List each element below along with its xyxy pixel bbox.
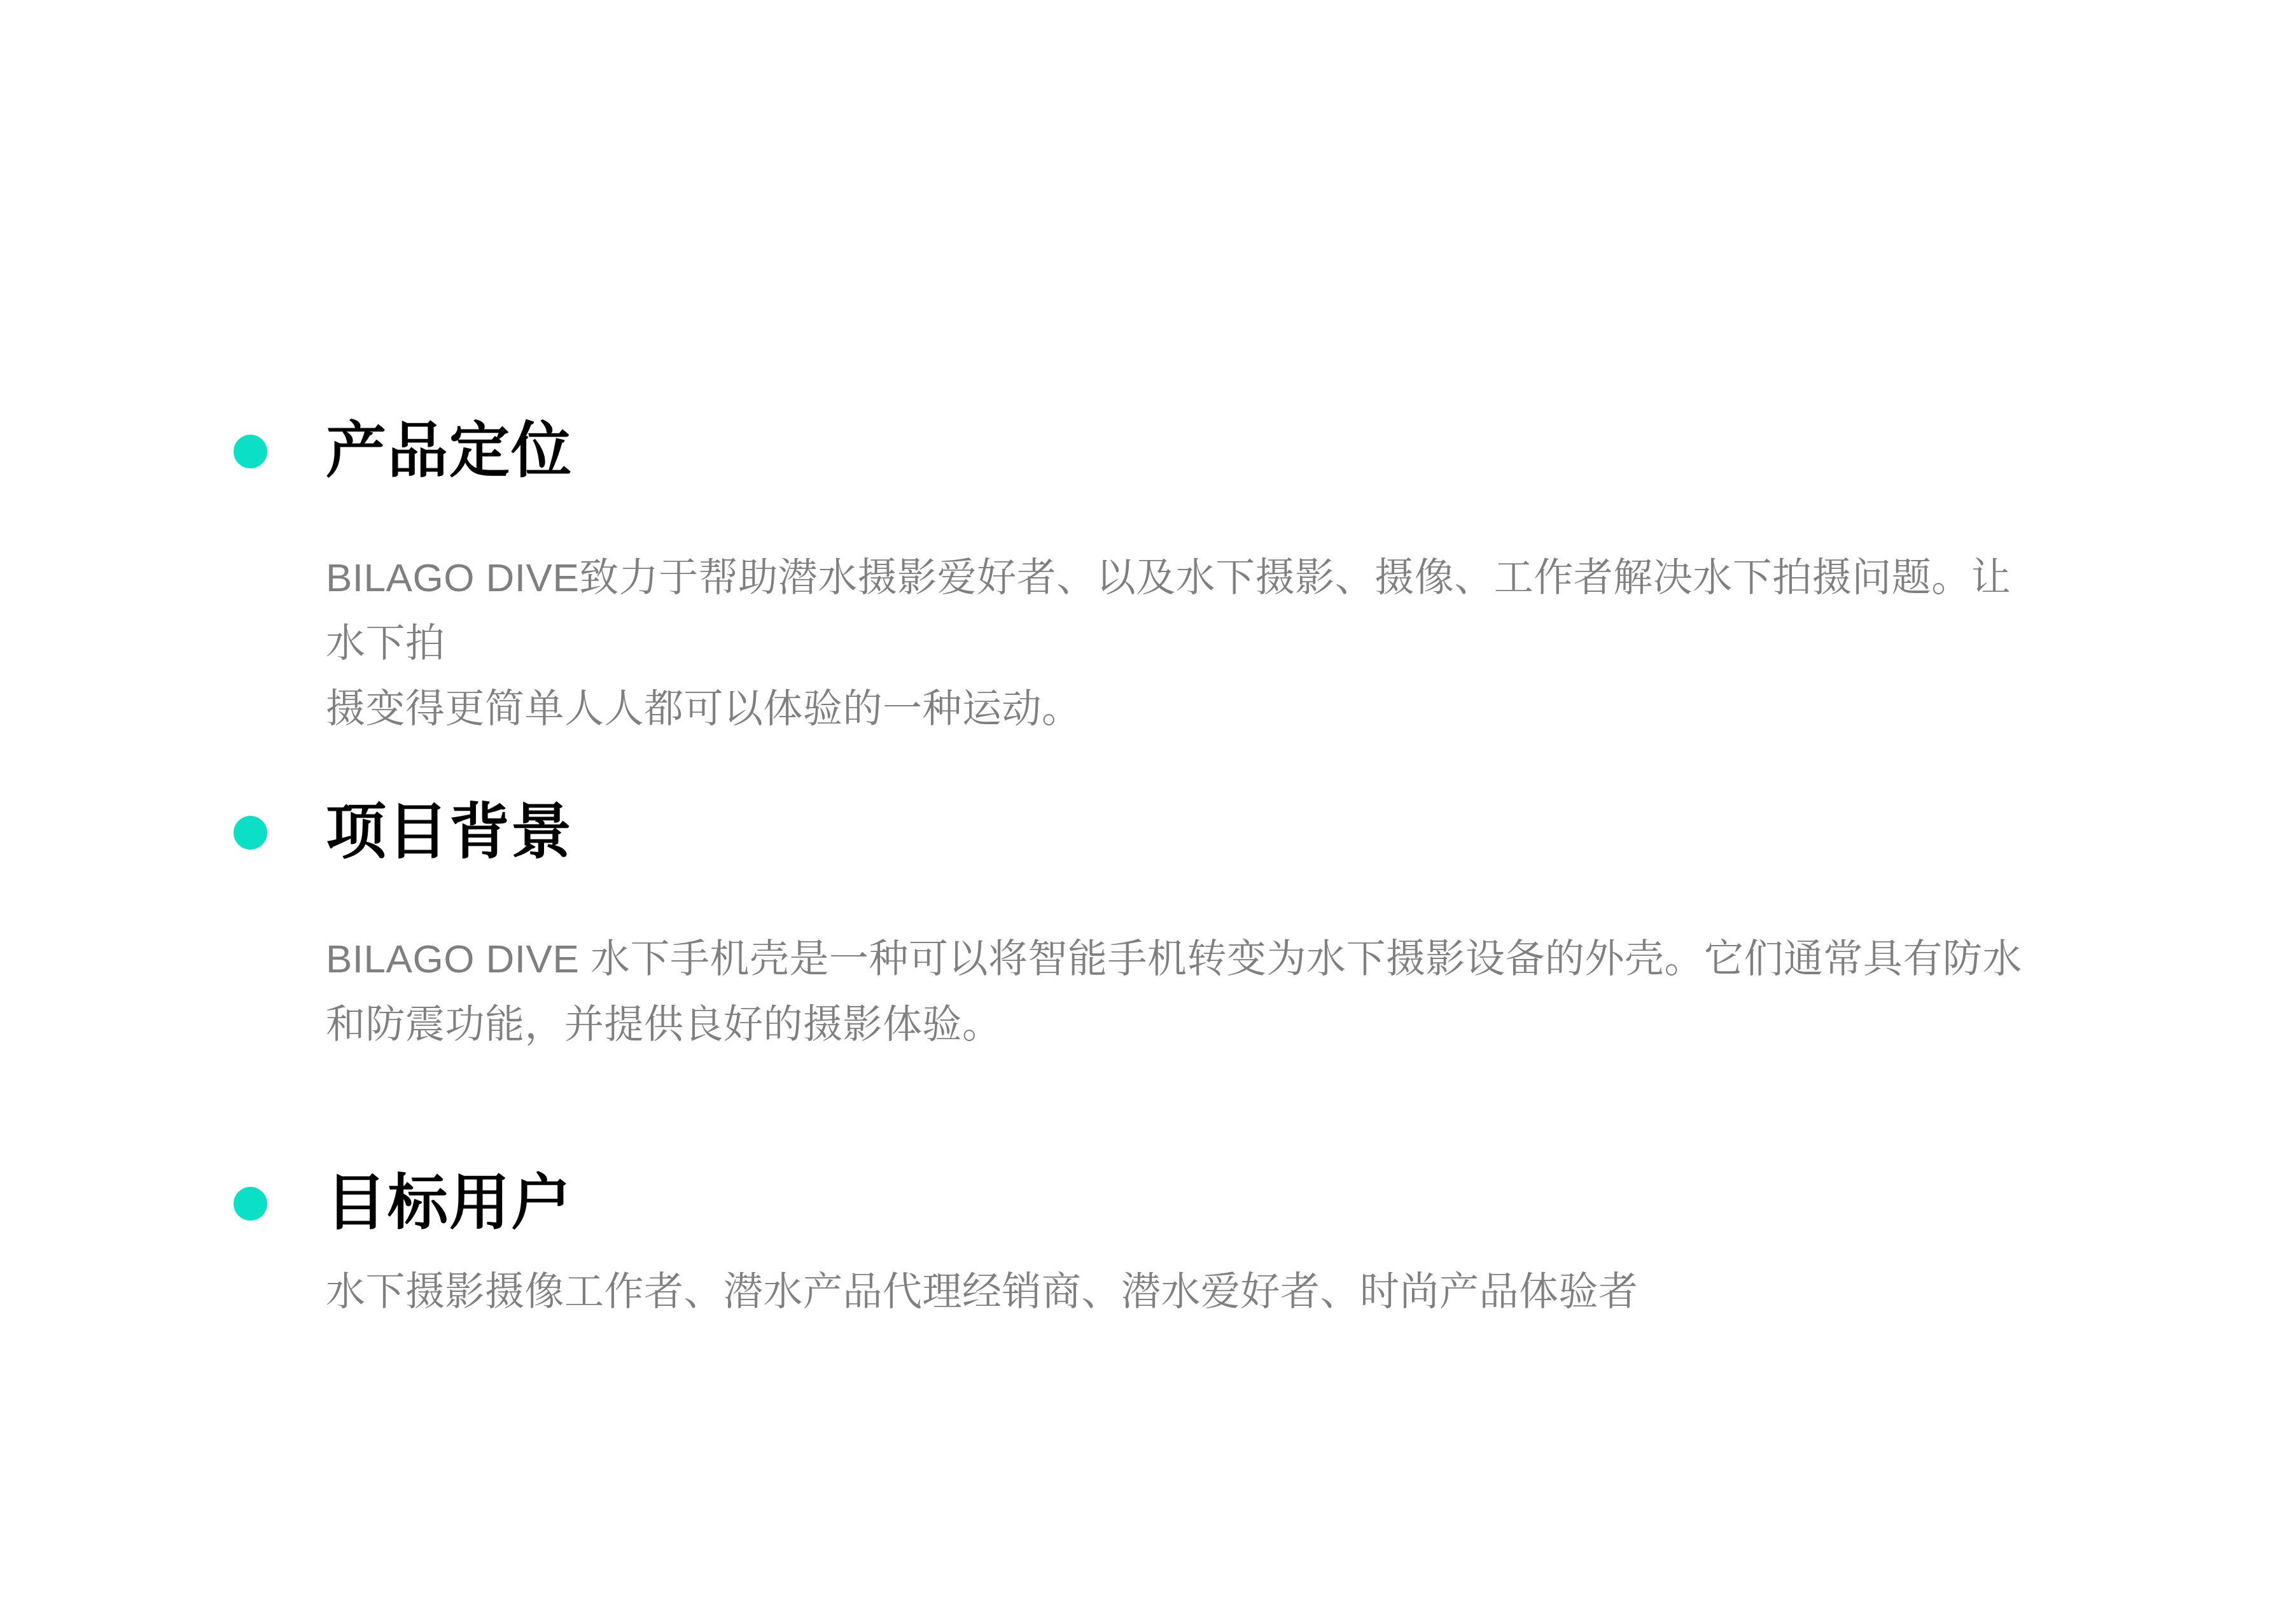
section-heading-row: 产品定位 (234, 421, 2049, 482)
section-paragraph: BILAGO DIVE致力于帮助潜水摄影爱好者、以及水下摄影、摄像、工作者解决水… (326, 545, 2049, 742)
paragraph-line: 和防震功能，并提供良好的摄影体验。 (326, 992, 2049, 1058)
section-target-users: 目标用户水下摄影摄像工作者、潜水产品代理经销商、潜水爱好者、时尚产品体验者 (234, 1173, 2049, 1325)
section-project-background: 项目背景BILAGO DIVE 水下手机壳是一种可以将智能手机转变为水下摄影设备… (234, 802, 2049, 1058)
section-heading-row: 项目背景 (234, 802, 2049, 863)
section-title: 产品定位 (326, 421, 573, 482)
dot-icon (234, 1187, 267, 1221)
page: 产品定位BILAGO DIVE致力于帮助潜水摄影爱好者、以及水下摄影、摄像、工作… (0, 0, 2278, 1624)
section-paragraph: BILAGO DIVE 水下手机壳是一种可以将智能手机转变为水下摄影设备的外壳。… (326, 927, 2049, 1058)
paragraph-line: 水下摄影摄像工作者、潜水产品代理经销商、潜水爱好者、时尚产品体验者 (326, 1259, 2049, 1325)
paragraph-line: BILAGO DIVE致力于帮助潜水摄影爱好者、以及水下摄影、摄像、工作者解决水… (326, 545, 2049, 676)
dot-icon (234, 435, 267, 468)
paragraph-line: BILAGO DIVE 水下手机壳是一种可以将智能手机转变为水下摄影设备的外壳。… (326, 927, 2049, 992)
section-title: 目标用户 (326, 1173, 573, 1234)
section-product-positioning: 产品定位BILAGO DIVE致力于帮助潜水摄影爱好者、以及水下摄影、摄像、工作… (234, 421, 2049, 742)
section-title: 项目背景 (326, 802, 573, 863)
section-heading-row: 目标用户 (234, 1173, 2049, 1234)
section-paragraph: 水下摄影摄像工作者、潜水产品代理经销商、潜水爱好者、时尚产品体验者 (326, 1259, 2049, 1325)
dot-icon (234, 816, 267, 850)
paragraph-line: 摄变得更简单人人都可以体验的一种运动。 (326, 676, 2049, 742)
